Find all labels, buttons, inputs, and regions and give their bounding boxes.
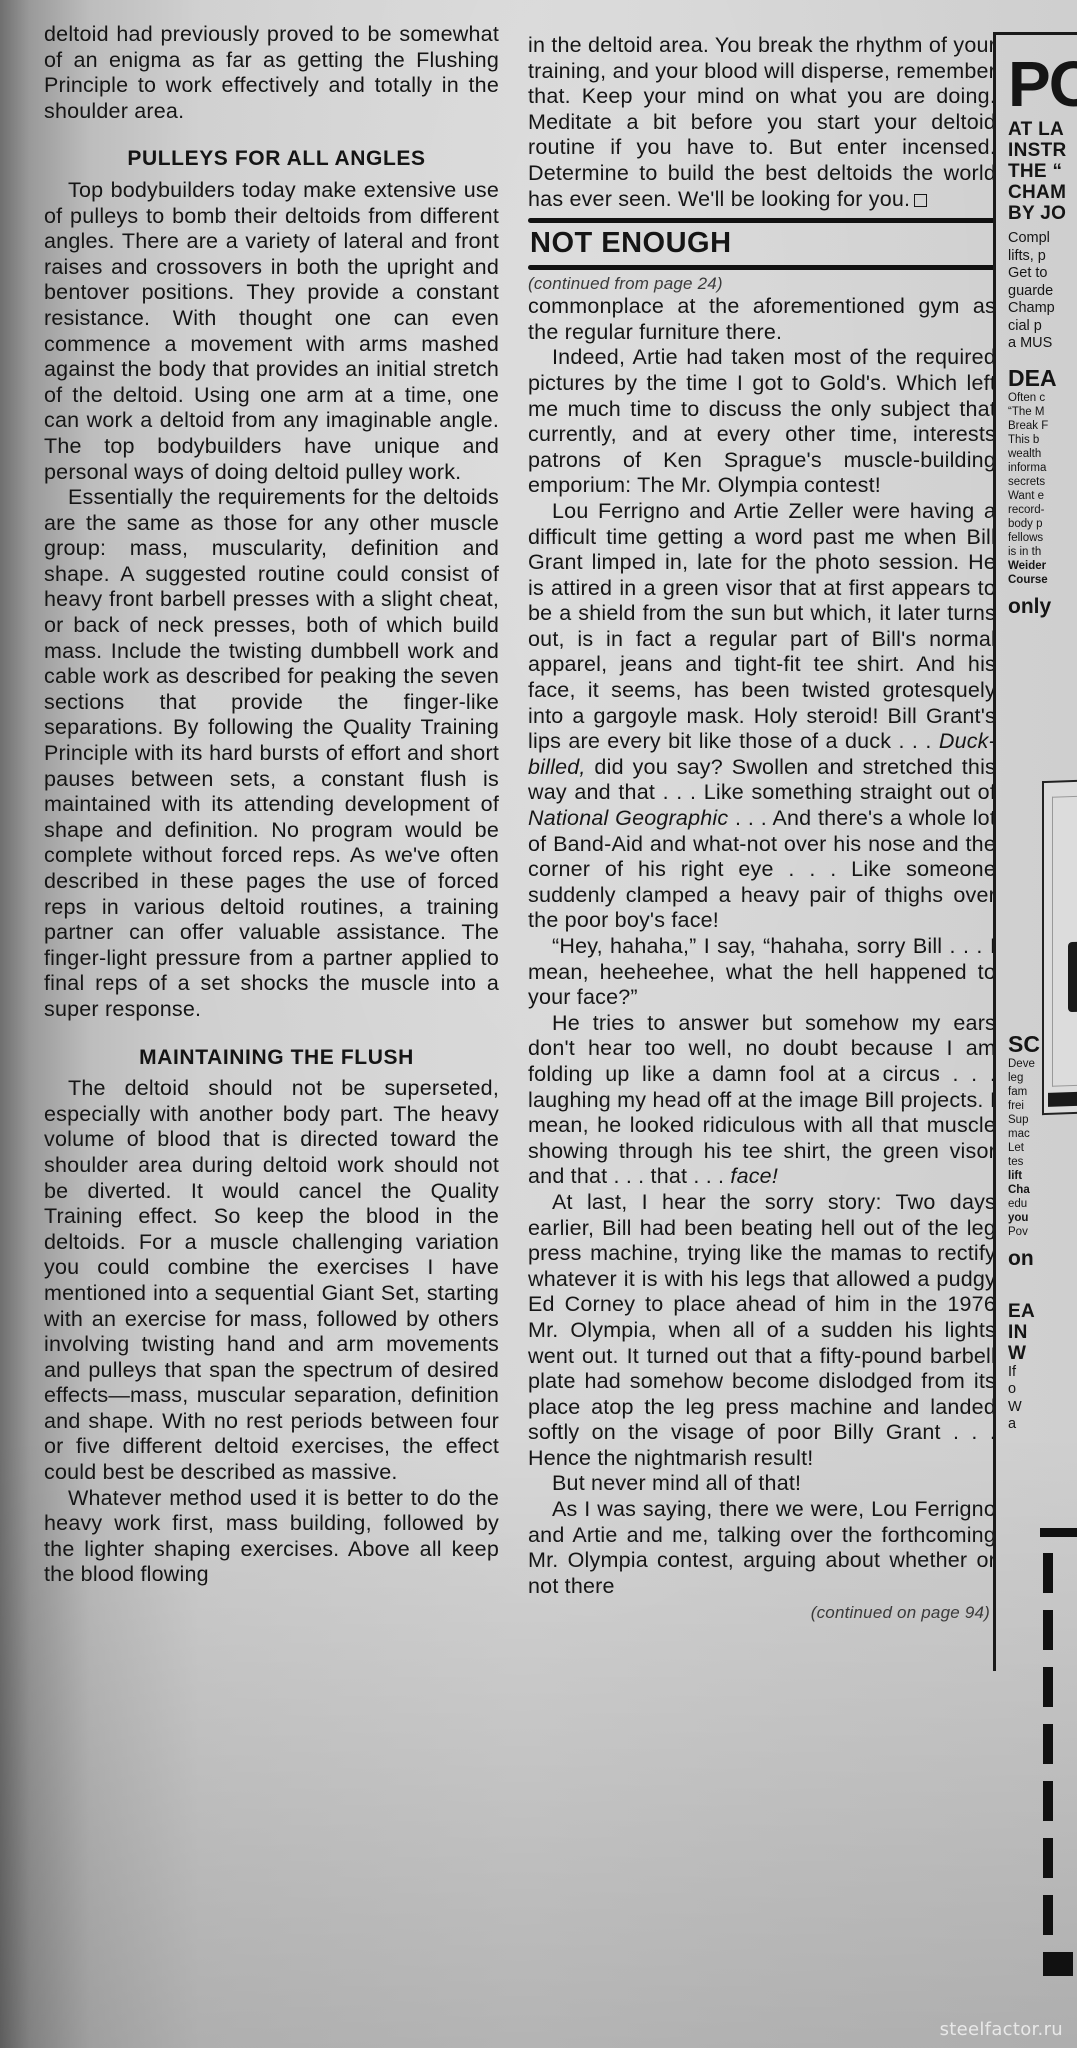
ad-line: lift (1008, 1169, 1077, 1183)
italic-text: face! (730, 1164, 778, 1188)
ad-line: If (1008, 1364, 1077, 1382)
coupon-dash (1043, 1724, 1053, 1764)
ad-line: Compl (1008, 230, 1077, 248)
body-paragraph: The deltoid should not be superseted, es… (44, 1076, 499, 1486)
section-heading-flush: MAINTAINING THE FLUSH (44, 1045, 499, 1071)
book-dark-block (1068, 941, 1077, 1012)
coupon-dash (1043, 1667, 1053, 1707)
ad-line: a MUS (1008, 335, 1077, 353)
coupon-dash (1043, 1838, 1053, 1878)
coupon-border-corner (1040, 1528, 1077, 1537)
ad-line: edu (1008, 1197, 1077, 1211)
body-paragraph: But never mind all of that! (528, 1471, 996, 1497)
book-base (1048, 1091, 1077, 1107)
body-paragraph: Indeed, Artie had taken most of the requ… (528, 345, 996, 499)
ad-line: Course (1008, 573, 1077, 587)
ad-subtitle-line: BY JO (1008, 203, 1077, 224)
coupon-dash (1043, 1553, 1053, 1593)
ad-line: informa (1008, 461, 1077, 475)
body-paragraph: commonplace at the aforementioned gym as… (528, 294, 996, 345)
ad-line: o (1008, 1381, 1077, 1399)
ad-line: Weider (1008, 559, 1077, 573)
headline-rule-top (528, 218, 996, 223)
article-headline: NOT ENOUGH (530, 227, 996, 259)
text-run: Lou Ferrigno and Artie Zeller were havin… (528, 499, 996, 753)
section-heading-pulleys: PULLEYS FOR ALL ANGLES (44, 146, 499, 172)
watermark: steelfactor.ru (940, 2019, 1063, 2040)
ad-heading-line: W (1008, 1343, 1077, 1364)
ad-line: Break F (1008, 419, 1077, 433)
ad-line: This b (1008, 433, 1077, 447)
article-ending: in the deltoid area. You break the rhyth… (528, 33, 996, 212)
advertisement-box: PO AT LA INSTR THE “ CHAM BY JO Compl li… (993, 32, 1077, 1671)
coupon-dash (1043, 1781, 1053, 1821)
ad-line: Champ (1008, 300, 1077, 318)
italic-text: National Geographic (528, 806, 728, 830)
ad-section1-body: Often c “The M Break F This b wealth inf… (1008, 391, 1077, 587)
body-paragraph: Top bodybuilders today make extensive us… (44, 178, 499, 485)
ad-line: record- (1008, 503, 1077, 517)
ad-line: tes (1008, 1155, 1077, 1169)
coupon-dash (1043, 1610, 1053, 1650)
ad-line: secrets (1008, 475, 1077, 489)
middle-column: in the deltoid area. You break the rhyth… (528, 33, 996, 1623)
advertisement-content: PO AT LA INSTR THE “ CHAM BY JO Compl li… (1008, 35, 1077, 1434)
ad-line: Pov (1008, 1225, 1077, 1239)
opening-paragraph: deltoid had previously proved to be some… (44, 22, 499, 124)
ad-heading-line: EA (1008, 1301, 1077, 1322)
left-column: deltoid had previously proved to be some… (44, 22, 499, 1588)
headline-rule-bottom (528, 265, 996, 270)
ad-heading-line: IN (1008, 1322, 1077, 1343)
ad-section2-price: on (1008, 1247, 1077, 1271)
ad-line: Let (1008, 1141, 1077, 1155)
ad-line: Often c (1008, 391, 1077, 405)
ad-line: Cha (1008, 1183, 1077, 1197)
book-illustration (1042, 779, 1077, 1115)
end-of-article-square-icon (914, 194, 927, 207)
coupon-dash (1043, 1895, 1053, 1935)
ad-line: Get to (1008, 265, 1077, 283)
ad-line: mac (1008, 1127, 1077, 1141)
body-paragraph: Essentially the requirements for the del… (44, 485, 499, 1022)
ad-line: lifts, p (1008, 248, 1077, 266)
article-ending-text: in the deltoid area. You break the rhyth… (528, 33, 996, 211)
ad-subtitle-line: AT LA (1008, 119, 1077, 140)
body-paragraph: Lou Ferrigno and Artie Zeller were havin… (528, 499, 996, 934)
ad-line: body p (1008, 517, 1077, 531)
coupon-dash-corner (1043, 1952, 1073, 1976)
ad-line: fellows (1008, 531, 1077, 545)
body-paragraph: He tries to answer but somehow my ears d… (528, 1011, 996, 1190)
book-cover-frame (1052, 795, 1077, 1087)
ad-section1-heading: DEA (1008, 365, 1077, 391)
ad-subtitle-line: CHAM (1008, 182, 1077, 203)
ad-intro: Compl lifts, p Get to guarde Champ cial … (1008, 230, 1077, 353)
body-paragraph: “Hey, hahaha,” I say, “hahaha, sorry Bil… (528, 934, 996, 1011)
body-paragraph: At last, I hear the sorry story: Two day… (528, 1190, 996, 1472)
continued-on-note: (continued on page 94) (528, 1603, 996, 1623)
ad-line: Want e (1008, 489, 1077, 503)
ad-line: wealth (1008, 447, 1077, 461)
body-paragraph: As I was saying, there we were, Lou Ferr… (528, 1497, 996, 1599)
body-paragraph: Whatever method used it is better to do … (44, 1486, 499, 1588)
ad-section3-heading: EA IN W (1008, 1301, 1077, 1364)
ad-title: PO (1008, 49, 1077, 119)
text-run: did you say? Swollen and stretched this … (528, 755, 996, 805)
ad-section3-body: If o W a (1008, 1364, 1077, 1434)
ad-subtitle: AT LA INSTR THE “ CHAM BY JO (1008, 119, 1077, 224)
ad-subtitle-line: THE “ (1008, 161, 1077, 182)
ad-line: cial p (1008, 318, 1077, 336)
text-run: He tries to answer but somehow my ears d… (528, 1011, 996, 1189)
ad-line: a (1008, 1416, 1077, 1434)
ad-line: “The M (1008, 405, 1077, 419)
ad-subtitle-line: INSTR (1008, 140, 1077, 161)
continued-from-note: (continued from page 24) (528, 274, 996, 294)
ad-line: W (1008, 1399, 1077, 1417)
ad-section1-price: only (1008, 595, 1077, 619)
ad-line: guarde (1008, 283, 1077, 301)
ad-line: you (1008, 1211, 1077, 1225)
ad-line: is in th (1008, 545, 1077, 559)
